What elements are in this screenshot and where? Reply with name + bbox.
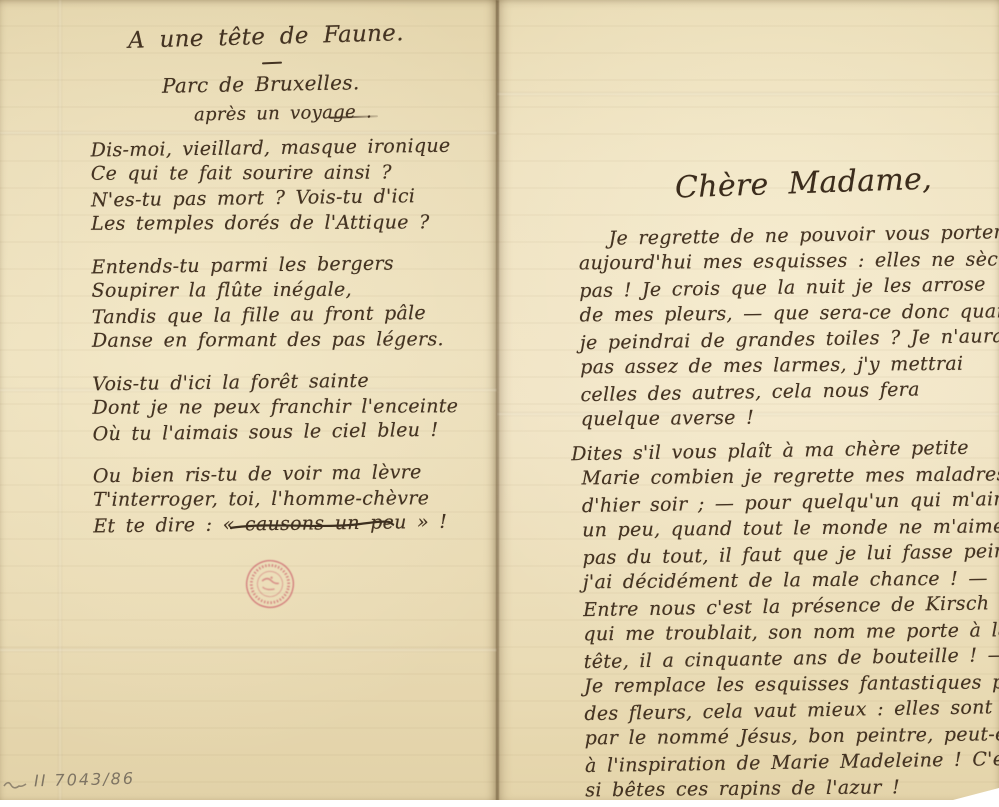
poem-line: Vois-tu d'ici la forêt sainte bbox=[92, 368, 458, 398]
shelf-mark: II 7043/86 bbox=[34, 769, 135, 791]
title-underline-dash bbox=[262, 62, 282, 65]
poem-line: Tandis que la fille au front pâle bbox=[92, 301, 458, 331]
poem-title: A une tête de Faune. bbox=[128, 20, 404, 54]
poem-line: Entends-tu parmi les bergers bbox=[91, 251, 457, 281]
poem-line: Ce qui te fait sourire ainsi ? bbox=[91, 160, 457, 187]
poem-line: Dont je ne peux franchir l'enceinte bbox=[92, 394, 458, 421]
page-right-letter: Chère Madame, Je regrette de ne pouvoir … bbox=[497, 0, 999, 800]
poem-line: Ou bien ris-tu de voir ma lèvre bbox=[93, 460, 459, 490]
poem-line: Danse en formant des pas légers. bbox=[92, 327, 458, 354]
center-fold bbox=[496, 0, 499, 807]
poem-line: Soupirer la flûte inégale, bbox=[92, 277, 458, 304]
scan-margin bbox=[0, 800, 999, 807]
page-left-poem: A une tête de Faune. Parc de Bruxelles. … bbox=[0, 0, 497, 800]
poem-occasion: après un voyage . bbox=[194, 101, 372, 125]
letter-paragraph: Dites s'il vous plaît à ma chère petite … bbox=[581, 434, 999, 800]
fold-crease-vertical bbox=[58, 0, 62, 800]
poem-line: Les temples dorés de l'Attique ? bbox=[91, 210, 457, 237]
letter-spread: A une tête de Faune. Parc de Bruxelles. … bbox=[0, 0, 999, 800]
poem-line: Où tu l'aimais sous le ciel bleu ! bbox=[92, 418, 458, 448]
poem-line: N'es-tu pas mort ? Vois-tu d'ici bbox=[91, 184, 457, 214]
poem-line: T'interroger, toi, l'homme-chèvre bbox=[93, 486, 459, 513]
poem-location: Parc de Bruxelles. bbox=[162, 70, 360, 97]
letter-salutation: Chère Madame, bbox=[674, 162, 932, 206]
fold-crease bbox=[497, 92, 999, 96]
letter-line: si bêtes ces rapins de l'azur ! bbox=[585, 773, 999, 800]
poem-stanza: Vois-tu d'ici la forêt sainte Dont je ne… bbox=[92, 369, 458, 447]
poem-stanza: Entends-tu parmi les bergers Soupirer la… bbox=[91, 252, 457, 355]
fold-crease bbox=[0, 648, 497, 652]
letter-body: Je regrette de ne pouvoir vous porter au… bbox=[578, 219, 999, 800]
poem-body: Dis-moi, vieillard, masque ironique Ce q… bbox=[91, 135, 460, 556]
library-stamp-icon bbox=[236, 550, 304, 618]
end-of-poem-rule bbox=[228, 520, 396, 532]
poem-stanza: Dis-moi, vieillard, masque ironique Ce q… bbox=[91, 135, 457, 238]
poem-line: Dis-moi, vieillard, masque ironique bbox=[90, 134, 456, 164]
pencil-scribble bbox=[2, 776, 28, 792]
letter-paragraph: Je regrette de ne pouvoir vous porter au… bbox=[578, 219, 999, 433]
letter-line: quelque averse ! bbox=[581, 402, 999, 433]
